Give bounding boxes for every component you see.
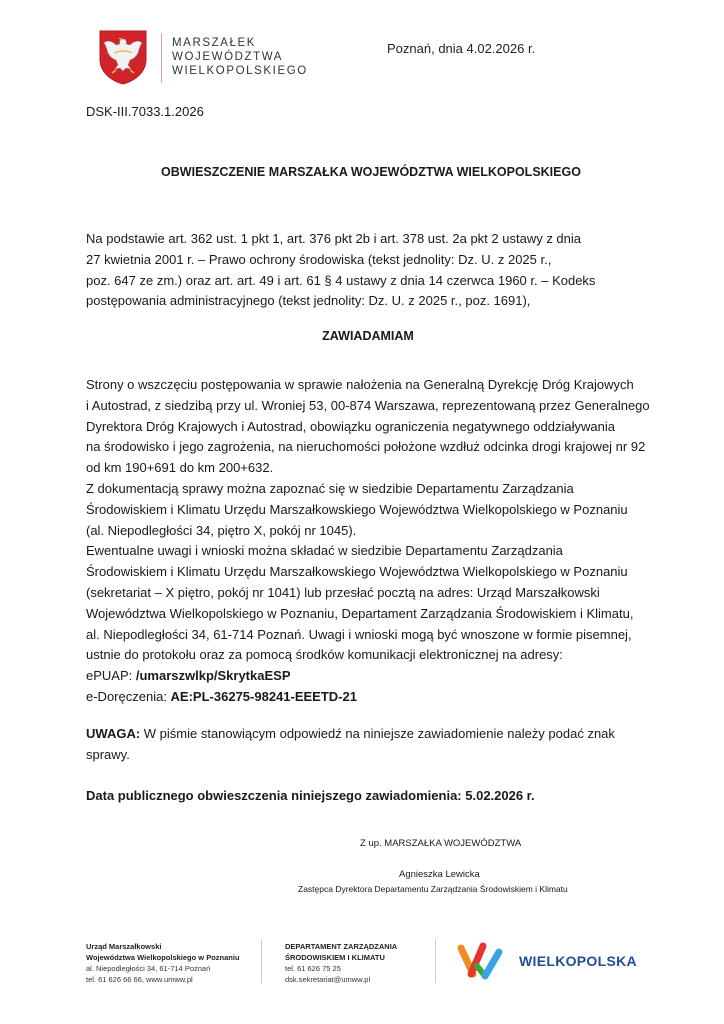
text-line: poz. 647 ze zm.) oraz art. art. 49 i art… — [86, 271, 646, 292]
footer-office-phone-web: tel. 61 626 66 66, www.umww.pl — [86, 974, 240, 985]
footer-office-address: al. Niepodległości 34, 61-714 Poznań — [86, 963, 240, 974]
footer-department-contact: DEPARTAMENT ZARZĄDZANIA ŚRODOWISKIEM I K… — [285, 941, 397, 985]
text-line: Na podstawie art. 362 ust. 1 pkt 1, art.… — [86, 229, 646, 250]
text-line: UWAGA: W piśmie stanowiącym odpowiedź na… — [86, 724, 646, 745]
epuap-address: ePUAP: /umarszwlkp/SkrytkaESP — [86, 666, 646, 687]
wielkopolska-brand-text: WIELKOPOLSKA — [519, 953, 637, 969]
text-line: 27 kwietnia 2001 r. – Prawo ochrony środ… — [86, 250, 646, 271]
text-line: Środowiskiem i Klimatu Urzędu Marszałkow… — [86, 500, 646, 521]
office-name: MARSZAŁEK WOJEWÓDZTWA WIELKOPOLSKIEGO — [172, 36, 308, 78]
header-divider — [161, 33, 162, 83]
epuap-label: ePUAP: — [86, 668, 136, 683]
document-title: OBWIESZCZENIE MARSZAŁKA WOJEWÓDZTWA WIEL… — [0, 165, 724, 179]
signatory-name: Agnieszka Lewicka — [399, 869, 480, 880]
signatory-role: Zastępca Dyrektora Departamentu Zarządza… — [298, 884, 568, 894]
epuap-value: /umarszwlkp/SkrytkaESP — [136, 668, 291, 683]
office-name-line: WIELKOPOLSKIEGO — [172, 64, 308, 78]
notice-paragraph: UWAGA: W piśmie stanowiącym odpowiedź na… — [86, 724, 646, 766]
signature-on-behalf: Z up. MARSZAŁKA WOJEWÓDZTWA — [360, 838, 521, 849]
text-line: i Autostrad, z siedzibą przy ul. Wroniej… — [86, 396, 646, 417]
office-name-line: WOJEWÓDZTWA — [172, 50, 308, 64]
text-line: od km 190+691 do km 200+632. — [86, 458, 646, 479]
footer-office-name: Województwa Wielkopolskiego w Poznaniu — [86, 952, 240, 963]
office-name-line: MARSZAŁEK — [172, 36, 308, 50]
text-line: (sekretariat – X piętro, pokój nr 1041) … — [86, 583, 646, 604]
footer-department-email: dsk.sekretariat@umww.pl — [285, 974, 397, 985]
text-line: Z dokumentacją sprawy można zapoznać się… — [86, 479, 646, 500]
legal-basis-paragraph: Na podstawie art. 362 ust. 1 pkt 1, art.… — [86, 229, 646, 312]
body-paragraph: Strony o wszczęciu postępowania w sprawi… — [86, 375, 646, 708]
text-line: postępowania administracyjnego (tekst je… — [86, 291, 646, 312]
place-and-date: Poznań, dnia 4.02.2026 r. — [387, 41, 535, 56]
text-line: sprawy. — [86, 745, 646, 766]
text-line: Strony o wszczęciu postępowania w sprawi… — [86, 375, 646, 396]
notice-text: W piśmie stanowiącym odpowiedź na niniej… — [140, 726, 615, 741]
text-line: Województwa Wielkopolskiego w Poznaniu, … — [86, 604, 646, 625]
text-line: Ewentualne uwagi i wnioski można składać… — [86, 541, 646, 562]
publication-date: Data publicznego obwieszczenia niniejsze… — [86, 786, 646, 807]
case-number: DSK-III.7033.1.2026 — [86, 104, 204, 119]
text-line: (al. Niepodległości 34, piętro X, pokój … — [86, 521, 646, 542]
notice-label: UWAGA: — [86, 726, 140, 741]
text-line: Dyrektora Dróg Krajowych i Autostrad, ob… — [86, 417, 646, 438]
text-line: na środowisko i jego zagrożenia, na nier… — [86, 437, 646, 458]
footer-department-name: ŚRODOWISKIEM I KLIMATU — [285, 952, 397, 963]
footer-office-name: Urząd Marszałkowski — [86, 941, 240, 952]
edoreczenia-address: e-Doręczenia: AE:PL-36275-98241-EEETD-21 — [86, 687, 646, 708]
announcement-heading: ZAWIADAMIAM — [0, 329, 724, 343]
footer-divider — [261, 939, 262, 983]
text-line: al. Niepodległości 34, 61-714 Poznań. Uw… — [86, 625, 646, 646]
footer-office-contact: Urząd Marszałkowski Województwa Wielkopo… — [86, 941, 240, 985]
text-line: Środowiskiem i Klimatu Urzędu Marszałkow… — [86, 562, 646, 583]
coat-of-arms-crest-icon — [98, 29, 148, 86]
edoreczenia-value: AE:PL-36275-98241-EEETD-21 — [171, 689, 357, 704]
edoreczenia-label: e-Doręczenia: — [86, 689, 171, 704]
wielkopolska-logo-icon — [455, 938, 515, 982]
footer-department-name: DEPARTAMENT ZARZĄDZANIA — [285, 941, 397, 952]
footer-department-phone: tel. 61 626 75 25 — [285, 963, 397, 974]
text-line: ustnie do protokołu oraz za pomocą środk… — [86, 645, 646, 666]
footer-divider — [435, 939, 436, 983]
